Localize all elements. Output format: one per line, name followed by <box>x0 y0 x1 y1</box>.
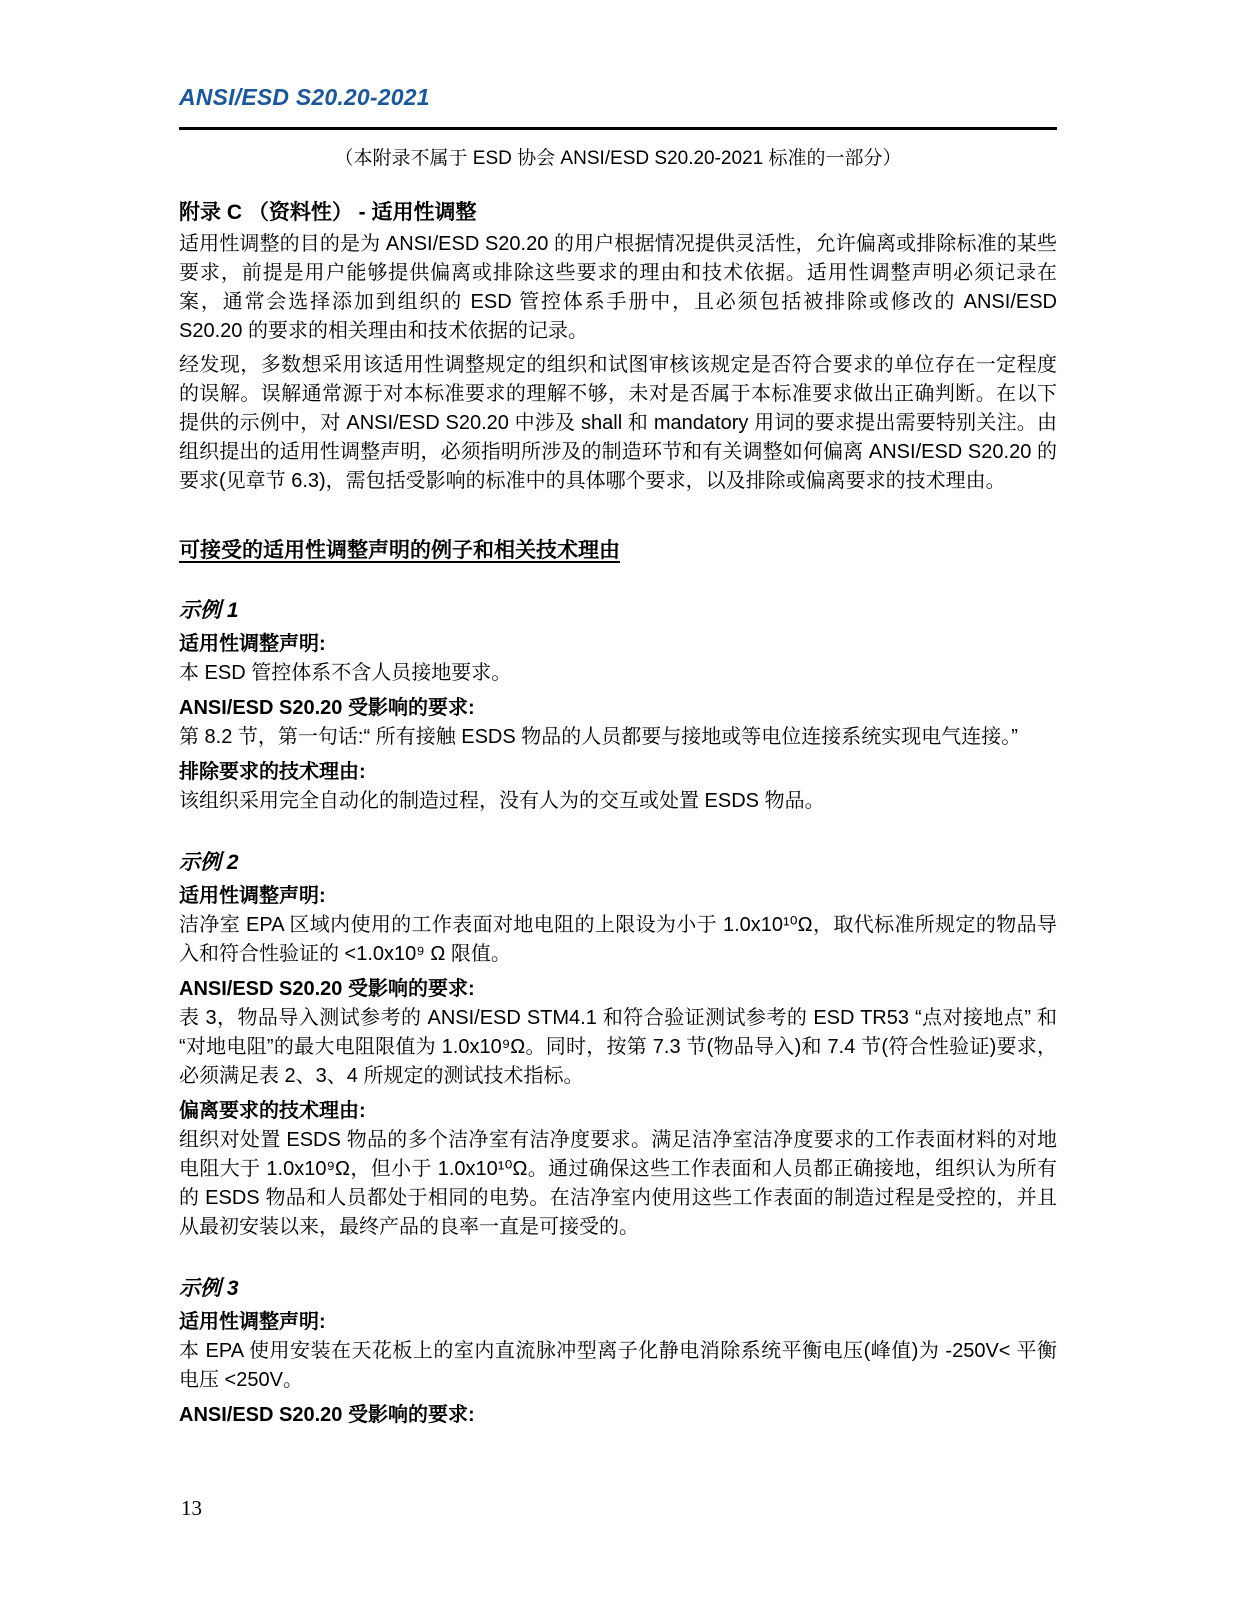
example-3-section-1-body: 本 EPA 使用安装在天花板上的室内直流脉冲型离子化静电消除系统平衡电压(峰值)… <box>179 1337 1057 1395</box>
example-2-section-1-label: 适用性调整声明: <box>179 883 1057 910</box>
example-1-section-2-label: ANSI/ESD S20.20 受影响的要求: <box>179 695 1057 722</box>
example-1-section-3-label: 排除要求的技术理由: <box>179 759 1057 786</box>
page-content: ANSI/ESD S20.20-2021 （本附录不属于 ESD 协会 ANSI… <box>179 84 1057 1431</box>
examples-heading: 可接受的适用性调整声明的例子和相关技术理由 <box>179 538 1057 564</box>
example-2-section-1-body: 洁净室 EPA 区域内使用的工作表面对地电阻的上限设为小于 1.0x10¹⁰Ω，… <box>179 911 1057 969</box>
example-2-section-3-body: 组织对处置 ESDS 物品的多个洁净室有洁净度要求。满足洁净室洁净度要求的工作表… <box>179 1126 1057 1242</box>
example-3-section-1-label: 适用性调整声明: <box>179 1309 1057 1336</box>
example-2-section-2-label: ANSI/ESD S20.20 受影响的要求: <box>179 976 1057 1003</box>
document-page: ANSI/ESD S20.20-2021 （本附录不属于 ESD 协会 ANSI… <box>0 0 1236 1600</box>
example-1-section-3-body: 该组织采用完全自动化的制造过程，没有人为的交互或处置 ESDS 物品。 <box>179 787 1057 816</box>
example-3: 示例 3 适用性调整声明: 本 EPA 使用安装在天花板上的室内直流脉冲型离子化… <box>179 1276 1057 1429</box>
example-3-title: 示例 3 <box>179 1276 1057 1302</box>
intro-paragraph-1: 适用性调整的目的是为 ANSI/ESD S20.20 的用户根据情况提供灵活性，… <box>179 230 1057 346</box>
example-3-section-2-label: ANSI/ESD S20.20 受影响的要求: <box>179 1402 1057 1429</box>
example-2: 示例 2 适用性调整声明: 洁净室 EPA 区域内使用的工作表面对地电阻的上限设… <box>179 850 1057 1242</box>
example-2-section-2-body: 表 3，物品导入测试参考的 ANSI/ESD STM4.1 和符合验证测试参考的… <box>179 1004 1057 1091</box>
document-header-title: ANSI/ESD S20.20-2021 <box>179 84 1057 110</box>
intro-paragraph-2: 经发现，多数想采用该适用性调整规定的组织和试图审核该规定是否符合要求的单位存在一… <box>179 351 1057 496</box>
example-2-title: 示例 2 <box>179 850 1057 876</box>
appendix-title: 附录 C （资料性） - 适用性调整 <box>179 200 1057 226</box>
example-1-section-1-label: 适用性调整声明: <box>179 631 1057 658</box>
example-1-title: 示例 1 <box>179 598 1057 624</box>
appendix-note: （本附录不属于 ESD 协会 ANSI/ESD S20.20-2021 标准的一… <box>179 147 1057 171</box>
example-1-section-1-body: 本 ESD 管控体系不含人员接地要求。 <box>179 659 1057 688</box>
header-rule <box>179 127 1057 130</box>
example-1-section-2-body: 第 8.2 节，第一句话:“ 所有接触 ESDS 物品的人员都要与接地或等电位连… <box>179 723 1057 752</box>
example-2-section-3-label: 偏离要求的技术理由: <box>179 1098 1057 1125</box>
page-number: 13 <box>181 1496 202 1521</box>
example-1: 示例 1 适用性调整声明: 本 ESD 管控体系不含人员接地要求。 ANSI/E… <box>179 598 1057 816</box>
